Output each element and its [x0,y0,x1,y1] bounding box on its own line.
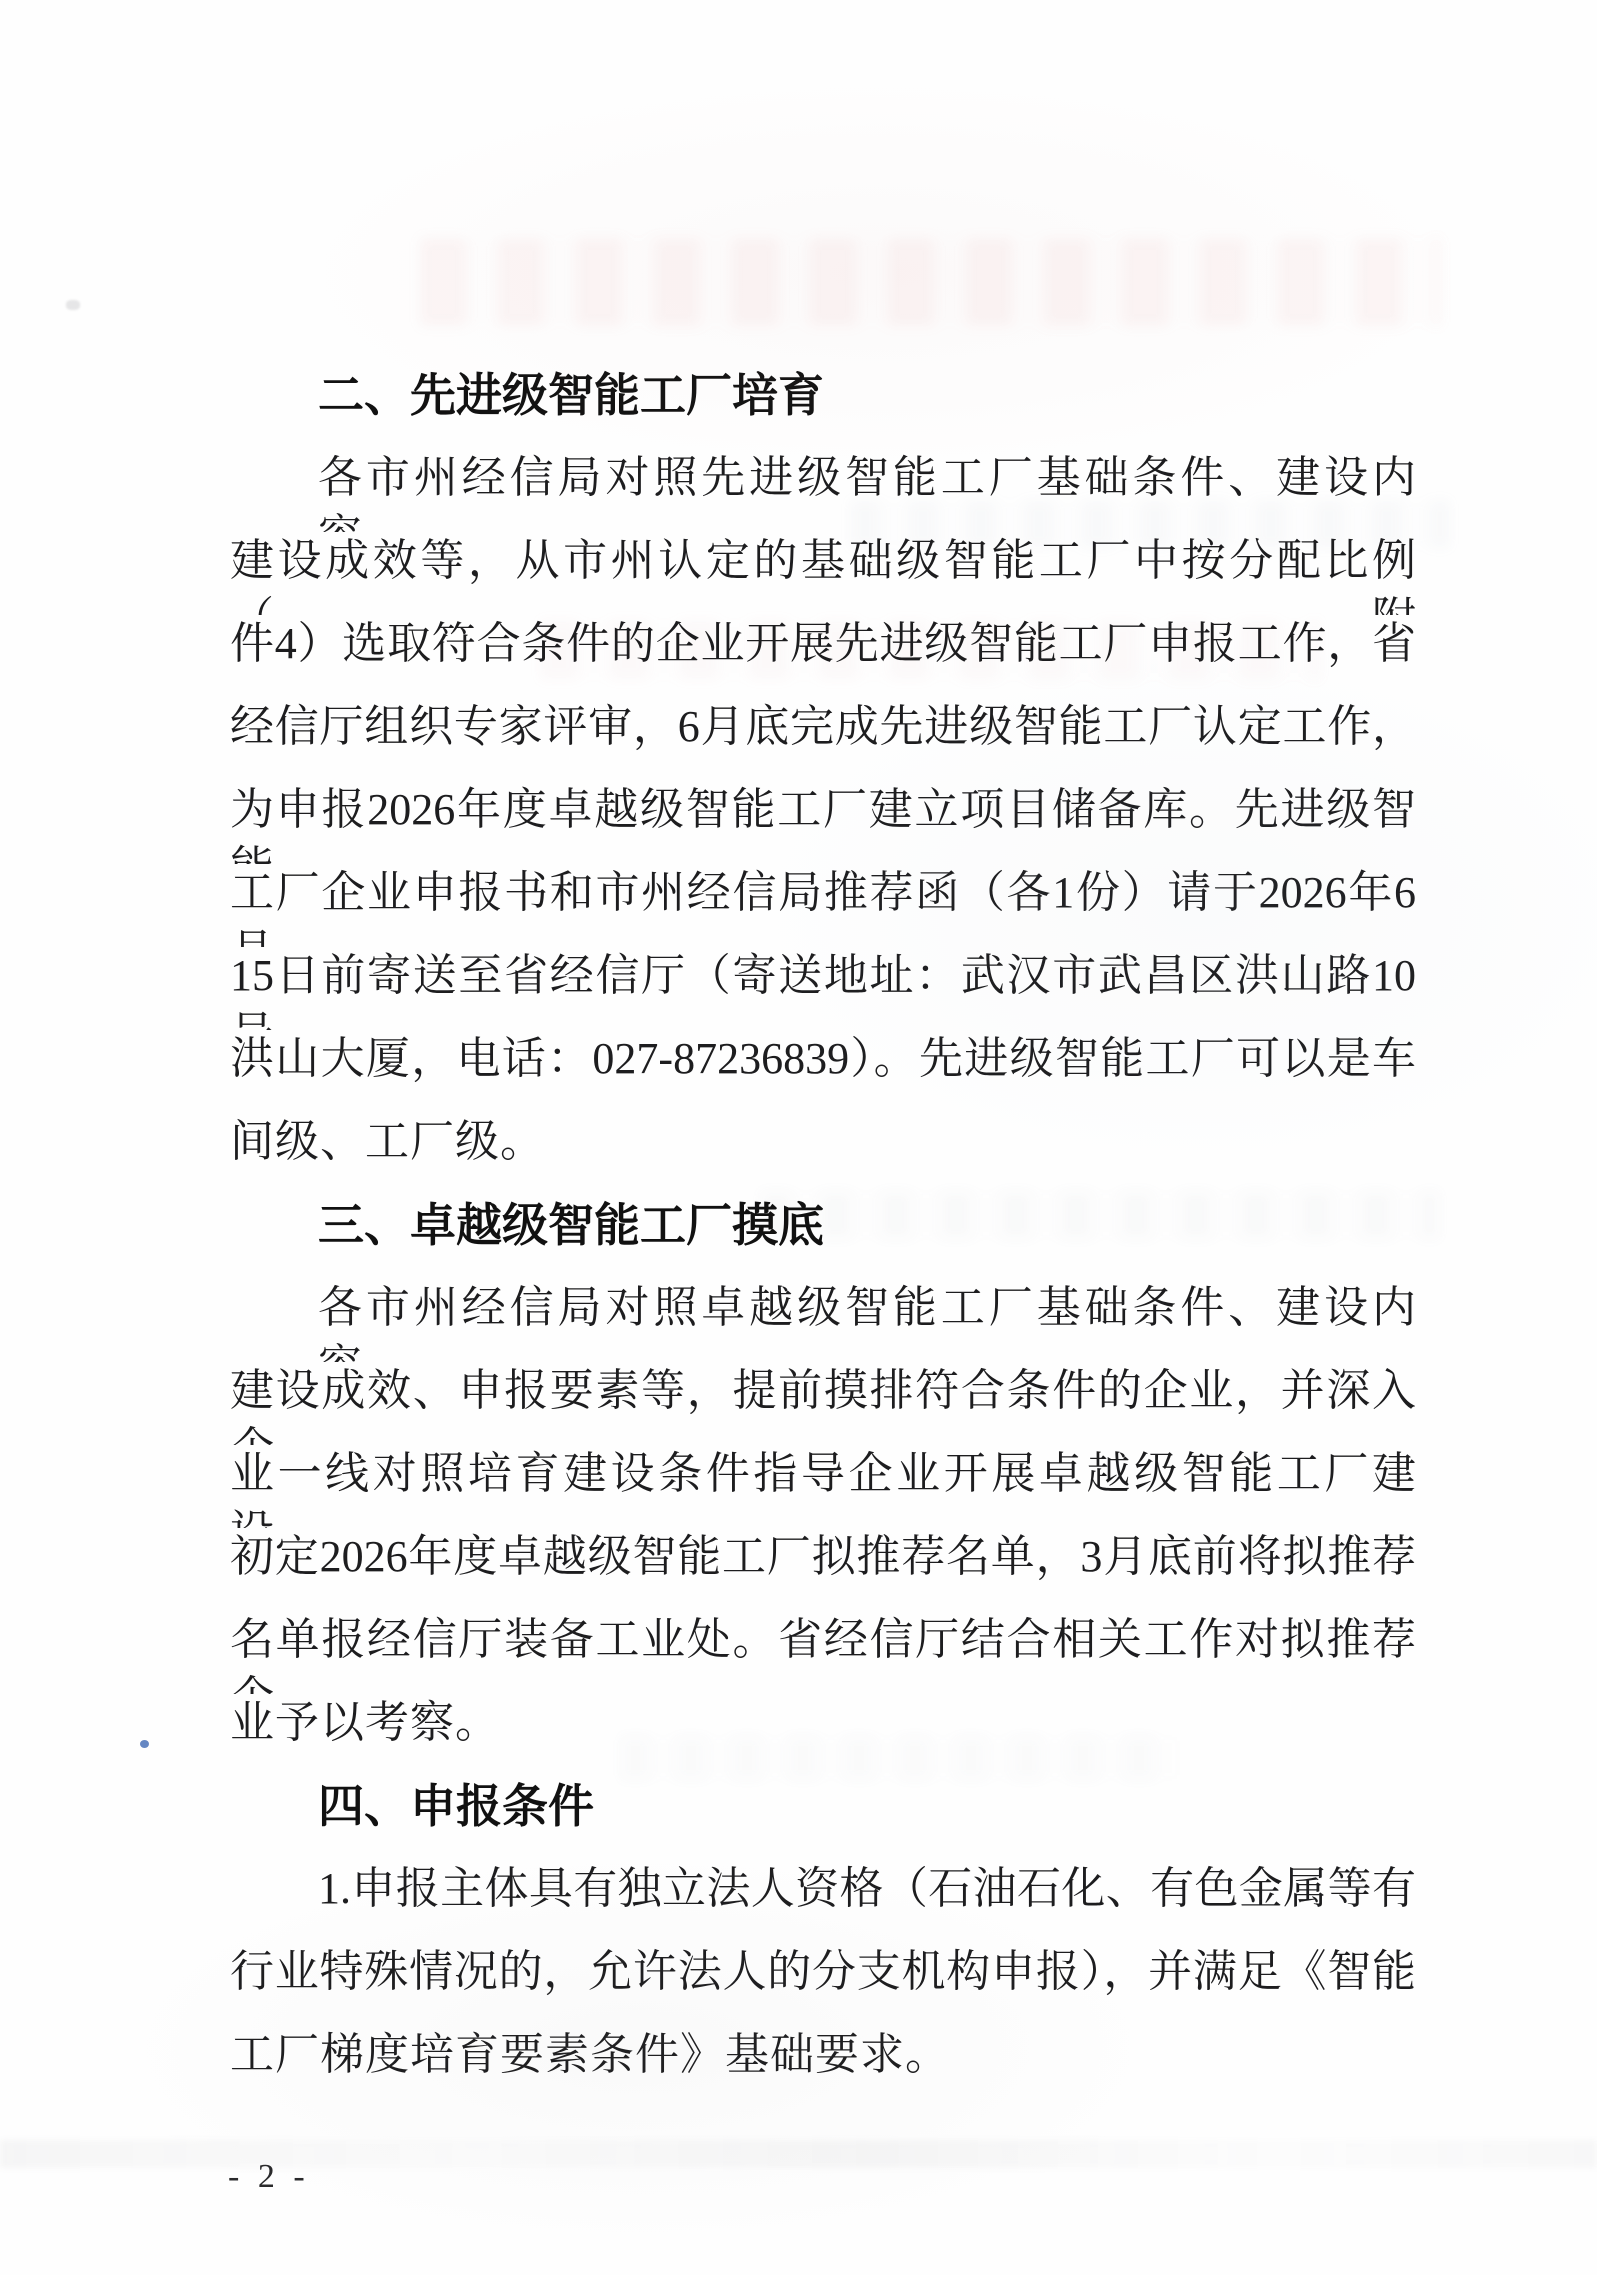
document-line: 各市州经信局对照卓越级智能工厂基础条件、建设内容、 [230,1279,1416,1362]
document-line: 业一线对照培育建设条件指导企业开展卓越级智能工厂建设， [230,1445,1416,1528]
section-heading: 三、卓越级智能工厂摸底 [230,1196,1416,1279]
document-line: 建设成效、申报要素等，提前摸排符合条件的企业，并深入企 [230,1362,1416,1445]
section-heading: 二、先进级智能工厂培育 [230,366,1416,449]
document-line: 各市州经信局对照先进级智能工厂基础条件、建设内容、 [230,449,1416,532]
section-heading: 四、申报条件 [230,1777,1416,1860]
document-line: 业予以考察。 [230,1694,1416,1777]
document-line: 初定2026年度卓越级智能工厂拟推荐名单，3月底前将拟推荐 [230,1528,1416,1611]
page-number: - 2 - [228,2158,310,2196]
document-line: 1.申报主体具有独立法人资格（石油石化、有色金属等有 [230,1860,1416,1943]
scan-speck-gray [66,300,80,310]
document-line: 行业特殊情况的，允许法人的分支机构申报），并满足《智能 [230,1943,1416,2026]
document-line: 建设成效等，从市州认定的基础级智能工厂中按分配比例（附 [230,532,1416,615]
document-line: 件4）选取符合条件的企业开展先进级智能工厂申报工作，省 [230,615,1416,698]
ink-speck-blue [140,1740,149,1748]
document-line: 工厂梯度培育要素条件》基础要求。 [230,2026,1416,2109]
document-line: 工厂企业申报书和市州经信局推荐函（各1份）请于2026年6月 [230,864,1416,947]
bleedthrough-red-title [420,238,1440,326]
document-line: 15日前寄送至省经信厅（寄送地址：武汉市武昌区洪山路10号 [230,947,1416,1030]
document-line: 洪山大厦，电话：027-87236839）。先进级智能工厂可以是车 [230,1030,1416,1113]
document-line: 为申报2026年度卓越级智能工厂建立项目储备库。先进级智能 [230,781,1416,864]
document-line: 经信厅组织专家评审，6月底完成先进级智能工厂认定工作， [230,698,1416,781]
document-line: 名单报经信厅装备工业处。省经信厅结合相关工作对拟推荐企 [230,1611,1416,1694]
document-body: 二、先进级智能工厂培育各市州经信局对照先进级智能工厂基础条件、建设内容、建设成效… [230,366,1416,2109]
scanned-document-page: 二、先进级智能工厂培育各市州经信局对照先进级智能工厂基础条件、建设内容、建设成效… [0,0,1597,2275]
document-line: 间级、工厂级。 [230,1113,1416,1196]
